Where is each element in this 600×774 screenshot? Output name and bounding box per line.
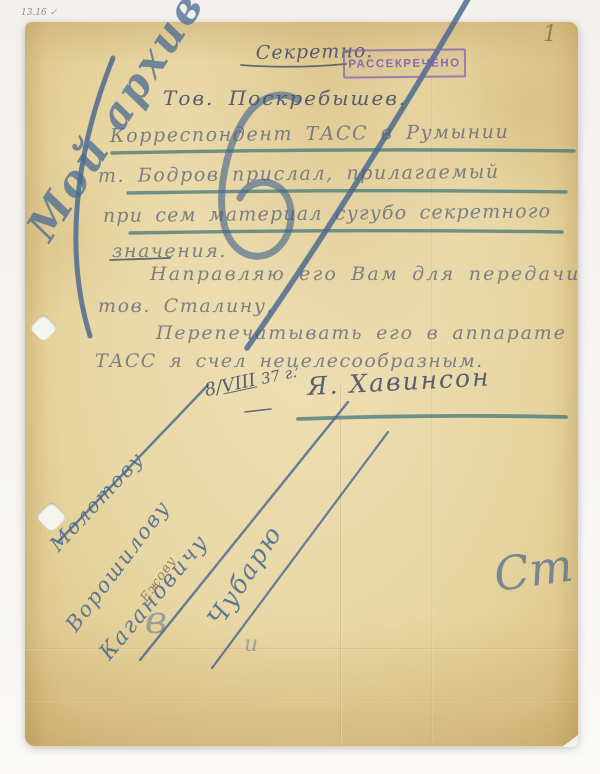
strikethrough-line — [212, 432, 388, 668]
letter-line: тов. Сталину. — [98, 295, 274, 317]
letter-line: Корреспондент ТАСС в Румынии — [110, 121, 510, 147]
faint-mark: в — [145, 598, 167, 642]
document-scan: 13.16 ✓ 1 Секретно. РАССЕКРЕЧЕНО Тов. По… — [0, 0, 600, 774]
letter-line: при сем материал сугубо секретного — [103, 200, 552, 227]
archival-note: 13.16 ✓ — [21, 8, 57, 18]
stalin-initial: Ст — [490, 538, 576, 602]
letter-line: т. Бодров прислал, прилагаемый — [98, 161, 500, 187]
page-number: 1 — [543, 22, 557, 47]
letter-line: значения. — [112, 240, 227, 262]
letter-line: Направляю его Вам для передачи — [150, 263, 581, 285]
faint-mark: и — [244, 632, 258, 657]
letter-line: Перепечатывать его в аппарате — [156, 322, 567, 344]
letter-salutation: Тов. Поскребышев. — [163, 86, 407, 110]
declassified-stamp: РАССЕКРЕЧЕНО — [343, 48, 466, 78]
strikethrough-line — [140, 402, 348, 660]
